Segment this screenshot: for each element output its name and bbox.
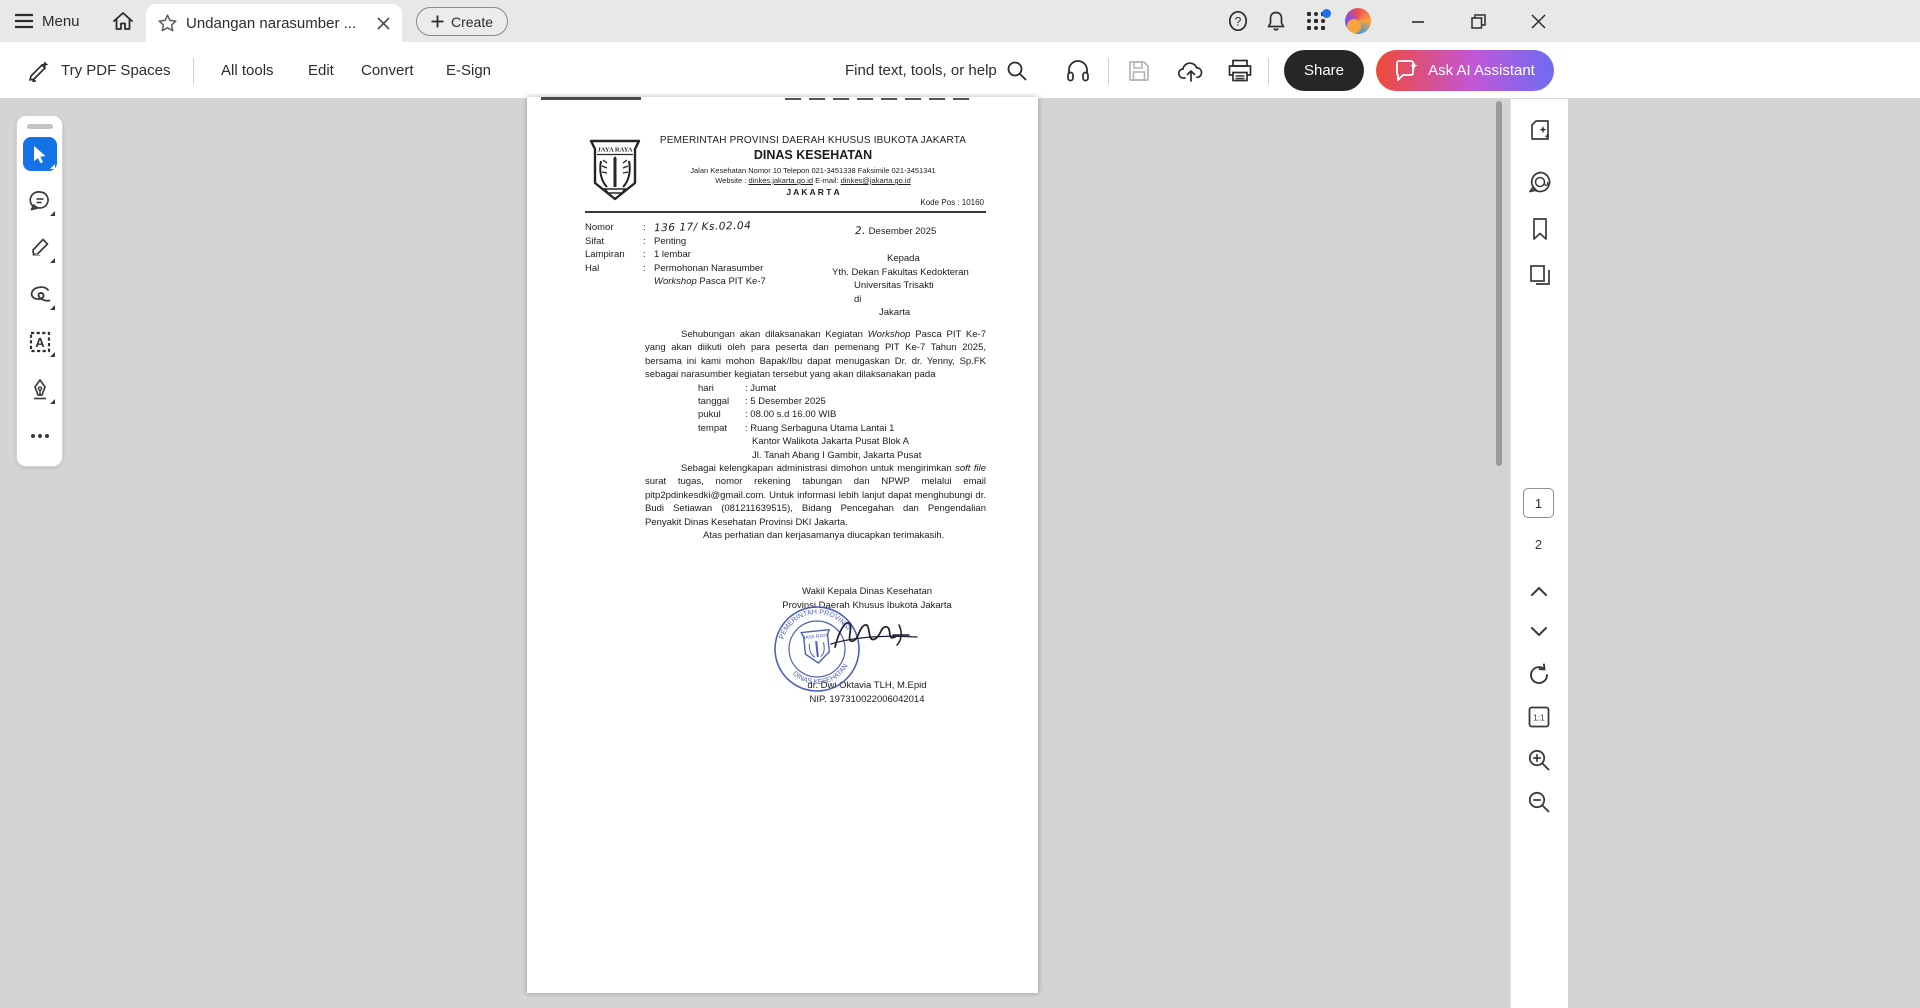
ai-assistant-icon	[1528, 118, 1552, 142]
tempat-line2: Kantor Walikota Jakarta Pusat Blok A	[645, 435, 986, 448]
submenu-arrow	[50, 211, 55, 216]
bookmarks-icon	[1530, 217, 1550, 241]
fill-sign-tool[interactable]	[23, 372, 57, 406]
nav-esign[interactable]: E-Sign	[446, 42, 491, 99]
bookmarks-panel-button[interactable]	[1525, 214, 1555, 244]
recipient-institution: Universitas Trisakti	[832, 279, 1002, 293]
esign-label: E-Sign	[446, 62, 491, 79]
search-label: Find text, tools, or help	[845, 62, 997, 79]
notifications-icon	[1265, 10, 1287, 32]
detail-tanggal: tanggal: 5 Desember 2025	[645, 395, 986, 408]
body-paragraph-2: Sebagai kelengkapan administrasi dimohon…	[645, 462, 986, 529]
pdf-page[interactable]: JAYA RAYA PEMERINTAH PROVINSI DAERAH KHU…	[527, 97, 1038, 993]
previous-page-button[interactable]	[1524, 576, 1554, 606]
read-aloud-button[interactable]	[1066, 42, 1090, 99]
chevron-up-icon	[1530, 586, 1548, 597]
chat-sparkle-icon	[1395, 60, 1419, 82]
toolbar-divider	[1268, 58, 1269, 84]
svg-text:JAYA RAYA: JAYA RAYA	[803, 633, 830, 642]
refresh-icon	[1527, 663, 1551, 687]
account-button[interactable]	[1338, 0, 1378, 42]
recipient-block: Kepada Yth. Dekan Fakultas Kedokteran Un…	[832, 252, 1002, 320]
actual-size-icon: 1:1	[1527, 705, 1551, 729]
submenu-arrow	[50, 258, 55, 263]
letter-meta: Nomor:136 17/ Ks.02.04 Sifat:Penting Lam…	[585, 221, 766, 289]
handwritten-signature	[829, 613, 919, 657]
meta-row-lampiran: Lampiran:1 lembar	[585, 248, 766, 262]
submenu-arrow	[50, 305, 55, 310]
svg-text:1:1: 1:1	[1533, 713, 1545, 723]
page-number-2[interactable]: 2	[1523, 532, 1554, 556]
zoom-in-button[interactable]	[1524, 745, 1554, 775]
select-tool[interactable]	[23, 137, 57, 171]
website-link[interactable]: dinkes.jakarta.go.id	[748, 176, 813, 185]
cloud-upload-icon	[1178, 59, 1204, 82]
submenu-arrow	[50, 164, 55, 169]
letter-date: 2. Desember 2025	[855, 225, 936, 237]
submenu-arrow	[50, 352, 55, 357]
try-pdf-spaces-button[interactable]: Try PDF Spaces	[28, 42, 170, 99]
print-button[interactable]	[1228, 42, 1252, 99]
try-pdf-spaces-label: Try PDF Spaces	[61, 62, 170, 79]
website-label: Website :	[715, 176, 748, 185]
letterhead-agency: DINAS KESEHATAN	[643, 148, 983, 162]
home-button[interactable]	[106, 0, 140, 42]
zoom-in-icon	[1527, 748, 1551, 772]
panel-drag-handle[interactable]	[27, 124, 53, 129]
titlebar: Menu Undangan narasumber ... Create	[0, 0, 1920, 42]
tab-title: Undangan narasumber ...	[186, 15, 368, 32]
email-label: E-mail:	[813, 176, 841, 185]
print-icon	[1228, 59, 1252, 82]
more-tools[interactable]	[23, 419, 57, 453]
draw-tool[interactable]	[23, 278, 57, 312]
chevron-down-icon	[1530, 626, 1548, 637]
home-icon	[112, 11, 134, 31]
detail-pukul: pukul: 08.00 s.d 16.00 WIB	[645, 408, 986, 421]
ai-assistant-panel-button[interactable]	[1525, 115, 1555, 145]
edit-label: Edit	[308, 62, 334, 79]
notification-badge	[1322, 9, 1331, 18]
save-icon	[1128, 60, 1150, 82]
letterhead-org: PEMERINTAH PROVINSI DAERAH KHUSUS IBUKOT…	[643, 135, 983, 146]
recipient-city: Jakarta	[832, 306, 1002, 320]
meta-row-hal: Hal:Permohonan Narasumber	[585, 262, 766, 276]
refresh-view-button[interactable]	[1524, 660, 1554, 690]
pages-panel-button[interactable]	[1525, 260, 1555, 290]
notifications-button[interactable]	[1256, 0, 1296, 42]
tempat-line3: Jl. Tanah Abang I Gambir, Jakarta Pusat	[645, 449, 986, 462]
help-icon: ?	[1227, 10, 1249, 32]
recipient-name: Yth. Dekan Fakultas Kedokteran	[832, 266, 1002, 280]
scrollbar-thumb[interactable]	[1496, 101, 1502, 466]
letterhead-rule	[585, 211, 986, 213]
letterhead-contacts: Website : dinkes.jakarta.go.id E-mail: d…	[643, 176, 983, 185]
document-tab[interactable]: Undangan narasumber ...	[146, 4, 402, 42]
detail-tempat: tempat: Ruang Serbaguna Utama Lantai 1	[645, 422, 986, 435]
pen-nib-icon	[29, 378, 51, 400]
close-icon	[1531, 14, 1546, 29]
highlighter-icon	[29, 237, 51, 259]
meta-row-hal-line2: Workshop Pasca PIT Ke-7	[585, 275, 766, 289]
scan-artifact	[541, 97, 641, 100]
all-tools-label: All tools	[221, 62, 274, 79]
recipient-di: di	[832, 293, 1002, 307]
close-tab-icon[interactable]	[377, 17, 390, 30]
pen-sparkle-icon	[28, 60, 52, 82]
minimize-icon	[1411, 14, 1425, 28]
save-button[interactable]	[1128, 42, 1150, 99]
submenu-arrow	[50, 399, 55, 404]
postal-code: Kode Pos : 10160	[920, 198, 984, 207]
actual-size-button[interactable]: 1:1	[1524, 702, 1554, 732]
svg-text:JAYA RAYA: JAYA RAYA	[598, 147, 633, 154]
letterhead-city: J A K A R T A	[643, 187, 983, 197]
ellipsis-icon	[30, 433, 50, 439]
handwritten-date: 2.	[855, 225, 866, 237]
cursor-icon	[30, 144, 50, 164]
letterhead: PEMERINTAH PROVINSI DAERAH KHUSUS IBUKOT…	[643, 135, 983, 197]
jakarta-crest-logo: JAYA RAYA	[587, 139, 643, 201]
plus-icon	[431, 15, 444, 28]
zoom-out-button[interactable]	[1524, 787, 1554, 817]
nav-all-tools[interactable]: All tools	[221, 42, 274, 99]
signature-block: Wakil Kepala Dinas Kesehatan Provinsi Da…	[767, 585, 967, 706]
toolbar: Try PDF Spaces All tools Edit Convert E-…	[0, 42, 1920, 99]
ask-ai-assistant-button[interactable]: Ask AI Assistant	[1376, 50, 1554, 91]
next-page-button[interactable]	[1524, 616, 1554, 646]
comment-tool[interactable]	[23, 184, 57, 218]
restore-button[interactable]	[1458, 0, 1498, 42]
detail-hari: hari: Jumat	[645, 382, 986, 395]
create-button[interactable]: Create	[416, 7, 508, 36]
avatar	[1345, 8, 1371, 34]
lasso-icon	[28, 285, 52, 305]
nav-edit[interactable]: Edit	[308, 42, 334, 99]
nav-convert[interactable]: Convert	[361, 42, 414, 99]
share-label: Share	[1304, 62, 1344, 79]
svg-text:A: A	[35, 335, 45, 350]
letter-body: Sehubungan akan dilaksanakan Kegiatan Wo…	[645, 328, 986, 543]
help-button[interactable]: ?	[1218, 0, 1258, 42]
convert-label: Convert	[361, 62, 414, 79]
star-icon[interactable]	[158, 14, 177, 32]
letterhead-address: Jalan Kesehatan Nomor 10 Telepon 021-345…	[643, 166, 983, 175]
search-icon	[1006, 60, 1027, 81]
comment-icon	[29, 190, 51, 212]
headphones-icon	[1066, 59, 1090, 82]
meta-row-nomor: Nomor:136 17/ Ks.02.04	[585, 221, 766, 235]
text-select-tool[interactable]: A	[23, 325, 57, 359]
close-button[interactable]	[1518, 0, 1558, 42]
app-launcher-button[interactable]	[1296, 0, 1336, 42]
restore-icon	[1471, 14, 1486, 29]
closing-line: Atas perhatian dan kerjasamanya diucapka…	[645, 529, 986, 542]
annotations-icon	[1528, 170, 1552, 194]
vertical-scrollbar[interactable]	[1494, 99, 1504, 1008]
toolbar-divider	[193, 58, 194, 84]
meta-row-sifat: Sifat:Penting	[585, 235, 766, 249]
highlight-tool[interactable]	[23, 231, 57, 265]
svg-text:DINAS KESEHATAN: DINAS KESEHATAN	[790, 662, 851, 688]
annotations-panel-button[interactable]	[1525, 167, 1555, 197]
hamburger-icon	[14, 13, 34, 29]
menu-label: Menu	[42, 13, 80, 30]
text-box-icon: A	[28, 330, 52, 354]
scan-artifact	[785, 98, 975, 100]
find-search-field[interactable]: Find text, tools, or help	[845, 42, 1027, 99]
signer-title-1: Wakil Kepala Dinas Kesehatan	[767, 585, 967, 599]
handwritten-number: 136 17/ Ks.02.04	[654, 220, 752, 236]
page-number-current[interactable]: 1	[1523, 488, 1554, 518]
quick-tools-panel: A	[16, 115, 63, 467]
email-link[interactable]: dinkes@jakarta.go.id	[841, 176, 911, 185]
acrobat-window: Menu Undangan narasumber ... Create	[0, 0, 1920, 1008]
zoom-out-icon	[1527, 790, 1551, 814]
minimize-button[interactable]	[1398, 0, 1438, 42]
body-paragraph-1: Sehubungan akan dilaksanakan Kegiatan Wo…	[645, 328, 986, 382]
toolbar-divider	[1108, 58, 1109, 84]
svg-text:?: ?	[1235, 15, 1242, 29]
ask-ai-label: Ask AI Assistant	[1428, 62, 1535, 79]
pages-icon	[1528, 263, 1552, 287]
kepada-label: Kepada	[832, 252, 1002, 266]
create-label: Create	[451, 14, 493, 30]
menu-button[interactable]: Menu	[14, 0, 80, 42]
share-cloud-button[interactable]	[1178, 42, 1204, 99]
share-button[interactable]: Share	[1284, 50, 1364, 91]
